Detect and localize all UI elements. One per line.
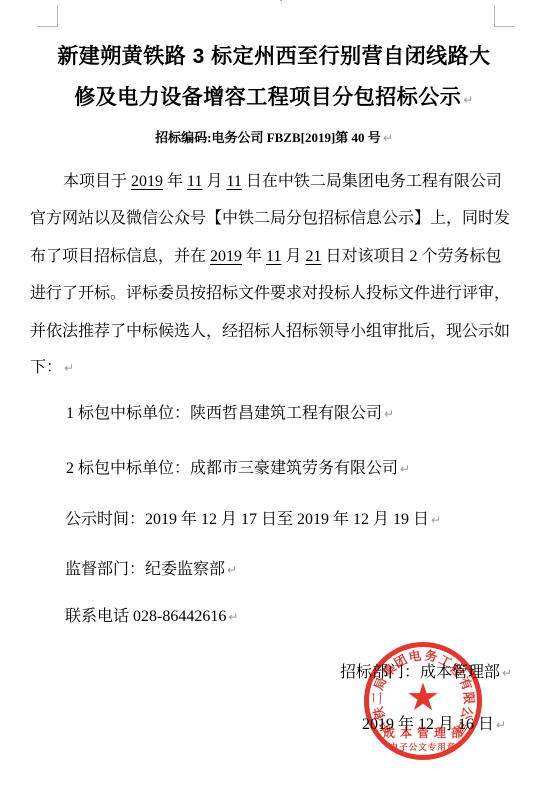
document-title-line2: 修及电力设备增容工程项目分包招标公示↵ bbox=[0, 82, 548, 116]
document-page: ↵ 新建朔黄铁路 3 标定州西至行别营自闭线路大 修及电力设备增容工程项目分包招… bbox=[0, 0, 548, 800]
supervision-dept-text: 监督部门：纪委监察部 bbox=[65, 561, 225, 578]
underlined-date: 2019 bbox=[131, 173, 163, 190]
supervision-dept-line: 监督部门：纪委监察部↵ bbox=[65, 560, 237, 580]
body-text: 年 bbox=[242, 248, 266, 265]
tender-code-text: 招标编码:电务公司 FBZB[2019]第 40 号 bbox=[155, 130, 381, 145]
body-line: 布了项目招标信息，并在 2019 年 11 月 21 日对该项目 2 个劳务标包 bbox=[30, 247, 510, 267]
return-mark: ↵ bbox=[384, 407, 394, 421]
award-line-package1: 1 标包中标单位：陕西哲昌建筑工程有限公司↵ bbox=[66, 404, 394, 424]
award-text: 1 标包中标单位：陕西哲昌建筑工程有限公司 bbox=[66, 405, 382, 422]
return-mark: ↵ bbox=[502, 666, 512, 680]
contact-phone-line: 联系电话 028-86442616↵ bbox=[65, 607, 238, 627]
award-line-package2: 2 标包中标单位：成都市三豪建筑劳务有限公司↵ bbox=[66, 459, 410, 479]
body-text: 日对该项目 2 个劳务标包 bbox=[321, 248, 501, 265]
tender-dept-line: 招标部门：成本管理部↵ bbox=[340, 663, 512, 683]
body-text: 布了项目招标信息，并在 bbox=[30, 248, 210, 265]
underlined-date: 11 bbox=[266, 248, 281, 265]
body-line: 并依法推荐了中标候选人，经招标人招标领导小组审批后，现公示如 bbox=[30, 322, 510, 342]
text-boundary-mark-top-right bbox=[494, 5, 514, 27]
contact-phone-text: 联系电话 028-86442616 bbox=[65, 608, 226, 625]
document-title-line1: 新建朔黄铁路 3 标定州西至行别营自闭线路大 bbox=[0, 41, 548, 73]
return-mark: ↵ bbox=[463, 93, 474, 107]
body-line: 进行了开标。评标委员按招标文件要求对投标人投标文件进行评审， bbox=[30, 284, 510, 304]
return-mark: ↵ bbox=[383, 131, 393, 145]
body-text: 月 bbox=[281, 248, 305, 265]
text-boundary-mark-top-left bbox=[38, 5, 58, 27]
underlined-date: 2019 bbox=[210, 248, 242, 265]
body-text: 本项目于 bbox=[63, 173, 131, 190]
sign-date-line: 2019 年 12 月 16 日↵ bbox=[362, 715, 506, 735]
return-mark: ↵ bbox=[227, 563, 237, 577]
sign-date-text: 2019 年 12 月 16 日 bbox=[362, 716, 494, 733]
return-mark: ↵ bbox=[228, 610, 238, 624]
underlined-date: 21 bbox=[305, 248, 321, 265]
award-text: 2 标包中标单位：成都市三豪建筑劳务有限公司 bbox=[66, 460, 398, 477]
body-text: 下： bbox=[30, 359, 62, 376]
return-mark: ↵ bbox=[278, 0, 290, 7]
publicity-period-text: 公示时间：2019 年 12 月 17 日至 2019 年 12 月 19 日 bbox=[65, 511, 429, 528]
body-text: 年 bbox=[163, 173, 187, 190]
underlined-date: 11 bbox=[187, 173, 202, 190]
body-line: 本项目于 2019 年 11 月 11 日在中铁二局集团电务工程有限公司 bbox=[30, 172, 543, 192]
body-line: 下：↵ bbox=[30, 358, 510, 378]
company-seal: 中铁二局集团电务工程有限公司 ★ 成本管理部 电子公文专用章 bbox=[364, 642, 482, 760]
publicity-period-line: 公示时间：2019 年 12 月 17 日至 2019 年 12 月 19 日↵ bbox=[65, 510, 441, 530]
body-line: 官方网站以及微信公众号【中铁二局分包招标信息公示】上，同时发 bbox=[30, 209, 510, 229]
tender-dept-text: 招标部门：成本管理部 bbox=[340, 664, 500, 681]
body-text: 月 bbox=[202, 173, 226, 190]
underlined-date: 11 bbox=[226, 173, 241, 190]
document-title-line2-text: 修及电力设备增容工程项目分包招标公示 bbox=[74, 86, 461, 109]
tender-code-line: 招标编码:电务公司 FBZB[2019]第 40 号↵ bbox=[0, 128, 548, 148]
return-mark: ↵ bbox=[496, 718, 506, 732]
star-icon: ★ bbox=[369, 678, 477, 716]
return-mark: ↵ bbox=[64, 361, 74, 375]
seal-subtitle-text: 电子公文专用章 bbox=[369, 742, 477, 752]
return-mark: ↵ bbox=[400, 462, 410, 476]
body-text: 日在中铁二局集团电务工程有限公司 bbox=[242, 173, 502, 190]
return-mark: ↵ bbox=[431, 513, 441, 527]
